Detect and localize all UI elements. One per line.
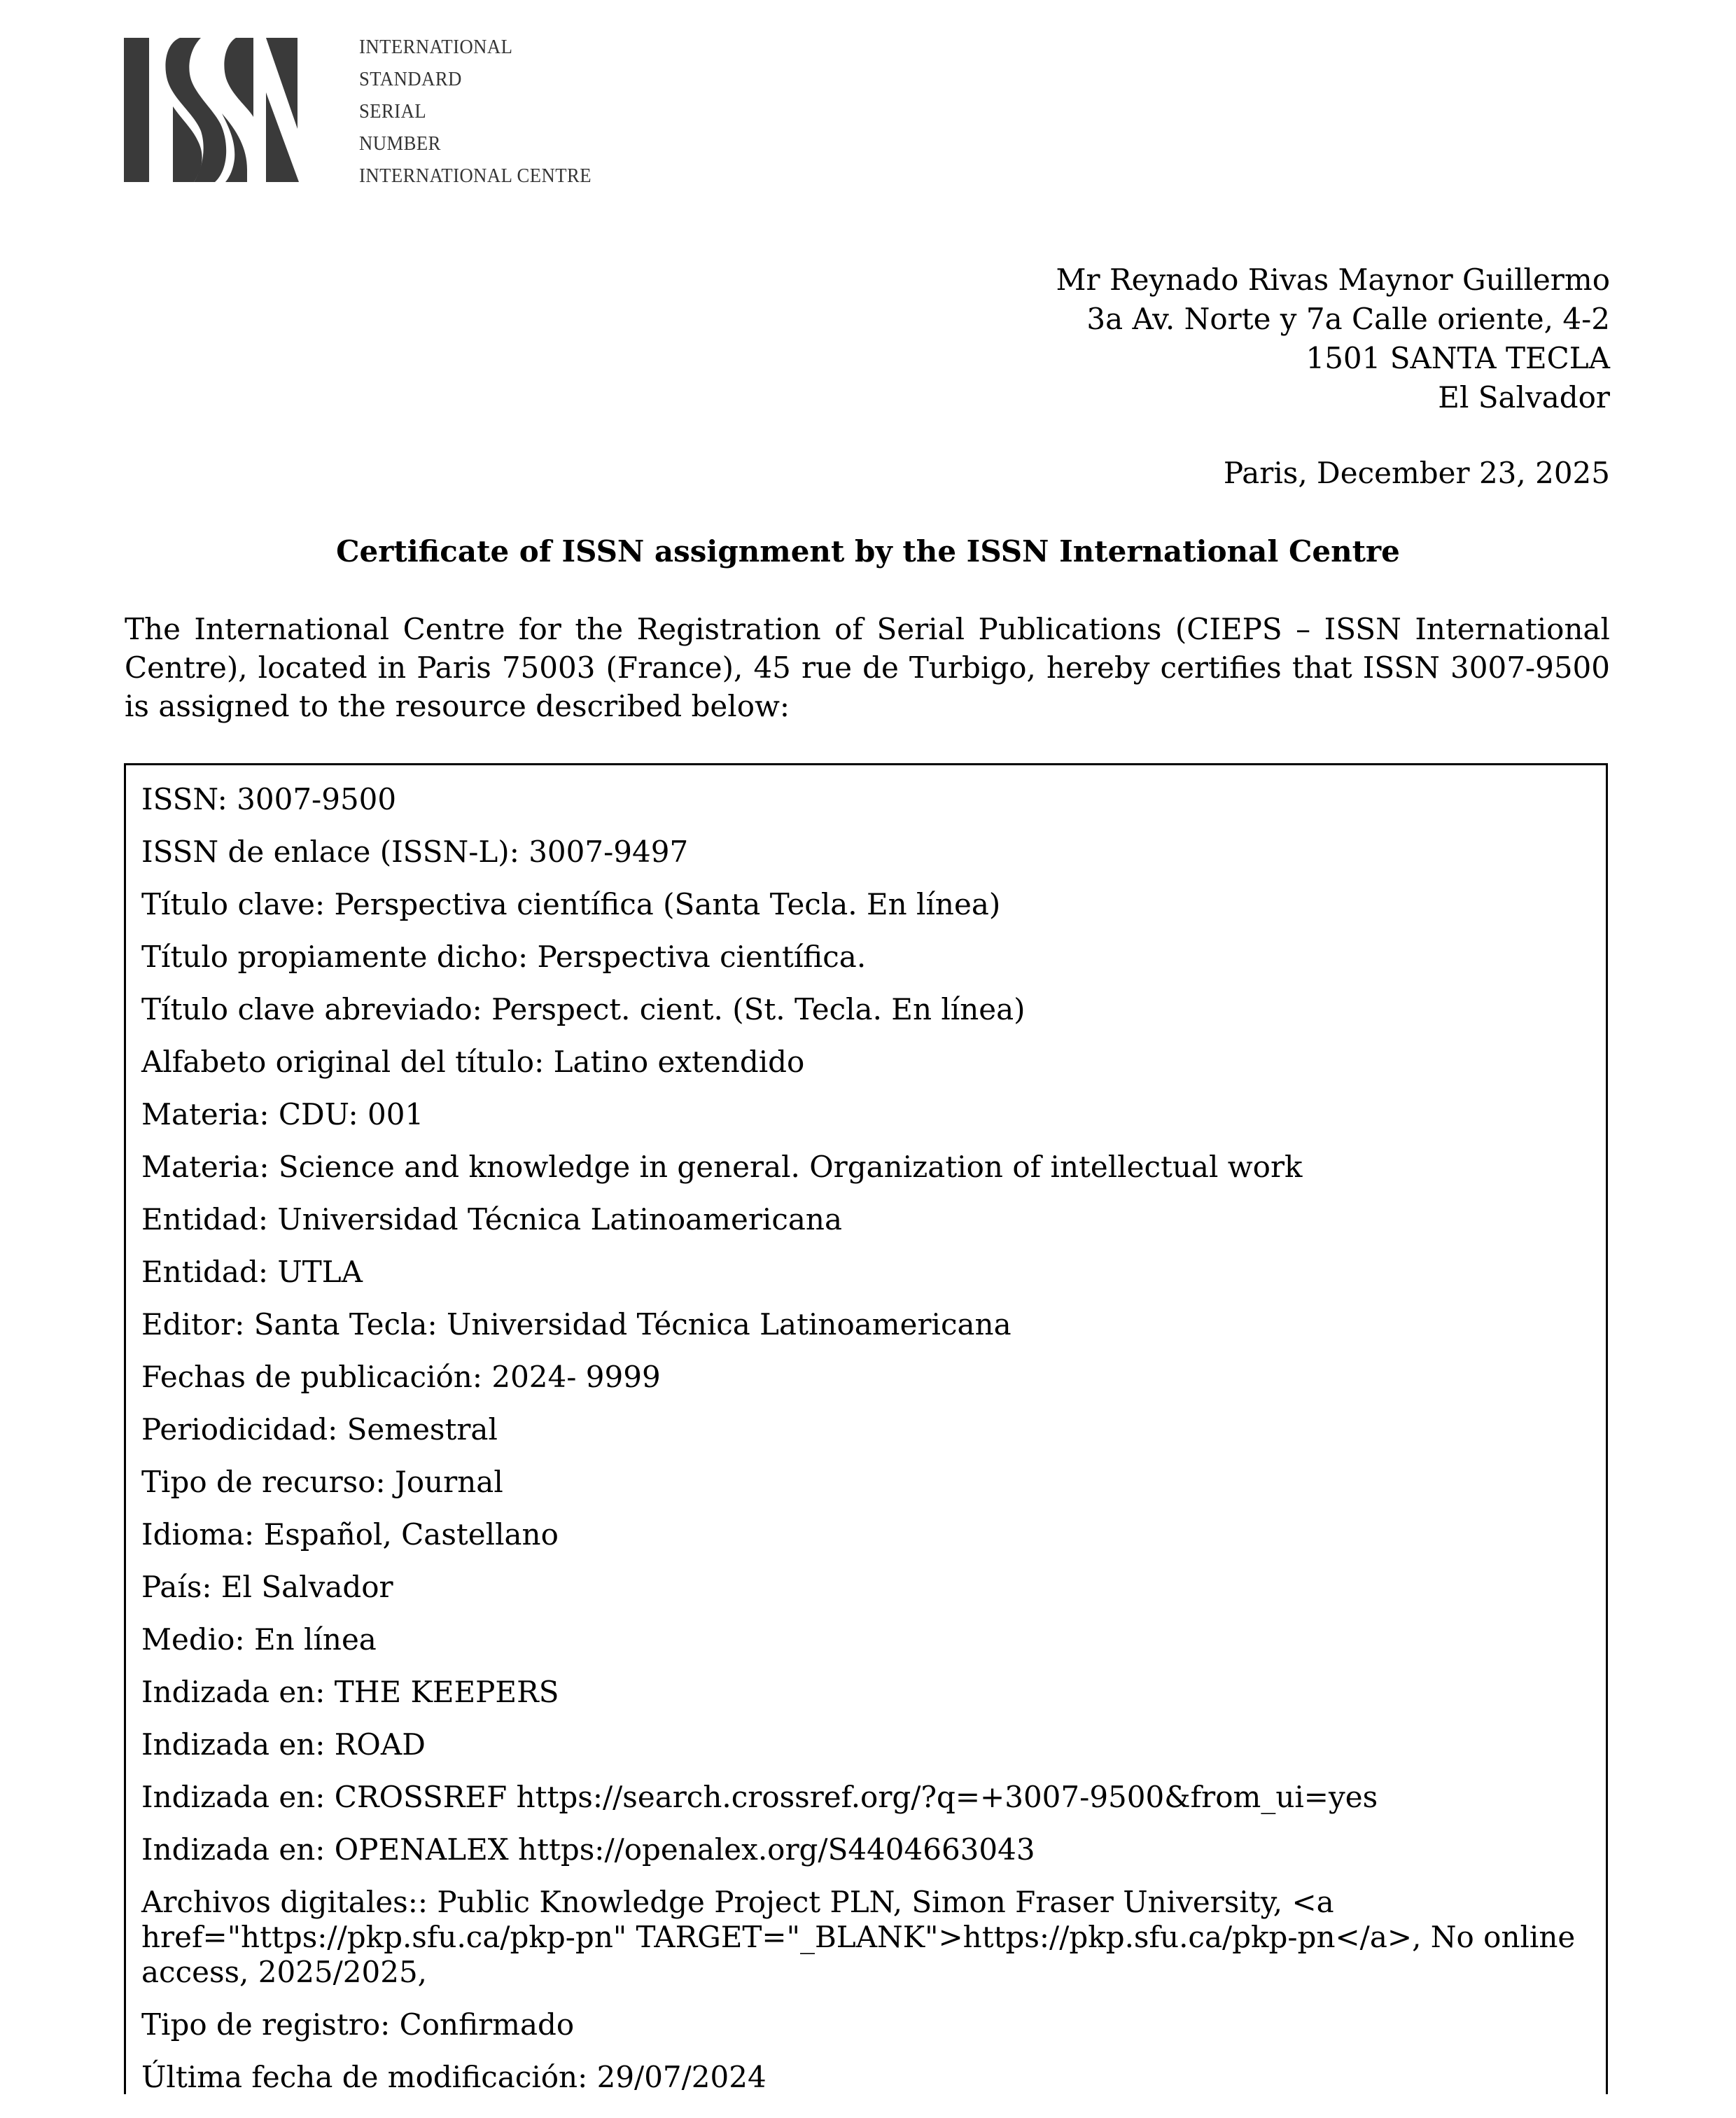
record-row: Indizada en: ROAD — [141, 1727, 1578, 1762]
record-row: Materia: Science and knowledge in genera… — [141, 1150, 1578, 1185]
record-row: Última fecha de modificación: 29/07/2024 — [141, 2060, 1578, 2094]
record-row: Materia: CDU: 001 — [141, 1097, 1578, 1132]
record-row: Tipo de registro: Confirmado — [141, 2007, 1578, 2042]
issn-logo-icon — [124, 36, 327, 182]
record-row: Archivos digitales:: Public Knowledge Pr… — [141, 1885, 1578, 1990]
letter-date: Paris, December 23, 2025 — [1224, 454, 1610, 493]
record-row: Entidad: Universidad Técnica Latinoameri… — [141, 1202, 1578, 1237]
record-row: Editor: Santa Tecla: Universidad Técnica… — [141, 1307, 1578, 1342]
record-row: Título propiamente dicho: Perspectiva ci… — [141, 940, 1578, 975]
record-row: Idioma: Español, Castellano — [141, 1517, 1578, 1552]
record-row: Título clave abreviado: Perspect. cient.… — [141, 992, 1578, 1027]
recipient-country: El Salvador — [1056, 378, 1610, 417]
logo-line: NUMBER — [359, 127, 591, 160]
record-row: Medio: En línea — [141, 1622, 1578, 1657]
record-row: Indizada en: THE KEEPERS — [141, 1675, 1578, 1710]
record-row: Entidad: UTLA — [141, 1255, 1578, 1290]
logo-wordmark: INTERNATIONAL STANDARD SERIAL NUMBER INT… — [359, 31, 591, 192]
intro-paragraph: The International Centre for the Registr… — [125, 610, 1610, 725]
logo-line: INTERNATIONAL CENTRE — [359, 160, 591, 192]
record-row: ISSN: 3007-9500 — [141, 782, 1578, 817]
record-row: Fechas de publicación: 2024- 9999 — [141, 1360, 1578, 1395]
logo-line: SERIAL — [359, 95, 591, 127]
record-row: Indizada en: OPENALEX https://openalex.o… — [141, 1832, 1578, 1867]
logo-line: STANDARD — [359, 63, 591, 95]
record-list: ISSN: 3007-9500ISSN de enlace (ISSN-L): … — [126, 765, 1606, 2094]
record-row: País: El Salvador — [141, 1570, 1578, 1605]
recipient-street: 3a Av. Norte y 7a Calle oriente, 4-2 — [1056, 300, 1610, 339]
recipient-name: Mr Reynado Rivas Maynor Guillermo — [1056, 260, 1610, 300]
recipient-city: 1501 SANTA TECLA — [1056, 339, 1610, 378]
record-row: Periodicidad: Semestral — [141, 1412, 1578, 1447]
recipient-address: Mr Reynado Rivas Maynor Guillermo 3a Av.… — [1056, 260, 1610, 417]
record-box: ISSN: 3007-9500ISSN de enlace (ISSN-L): … — [124, 763, 1608, 2094]
record-row: ISSN de enlace (ISSN-L): 3007-9497 — [141, 835, 1578, 870]
record-row: Tipo de recurso: Journal — [141, 1465, 1578, 1500]
record-row: Indizada en: CROSSREF https://search.cro… — [141, 1780, 1578, 1815]
record-row: Alfabeto original del título: Latino ext… — [141, 1045, 1578, 1080]
certificate-title: Certificate of ISSN assignment by the IS… — [0, 532, 1736, 571]
logo-line: INTERNATIONAL — [359, 31, 591, 63]
record-row: Título clave: Perspectiva científica (Sa… — [141, 887, 1578, 922]
